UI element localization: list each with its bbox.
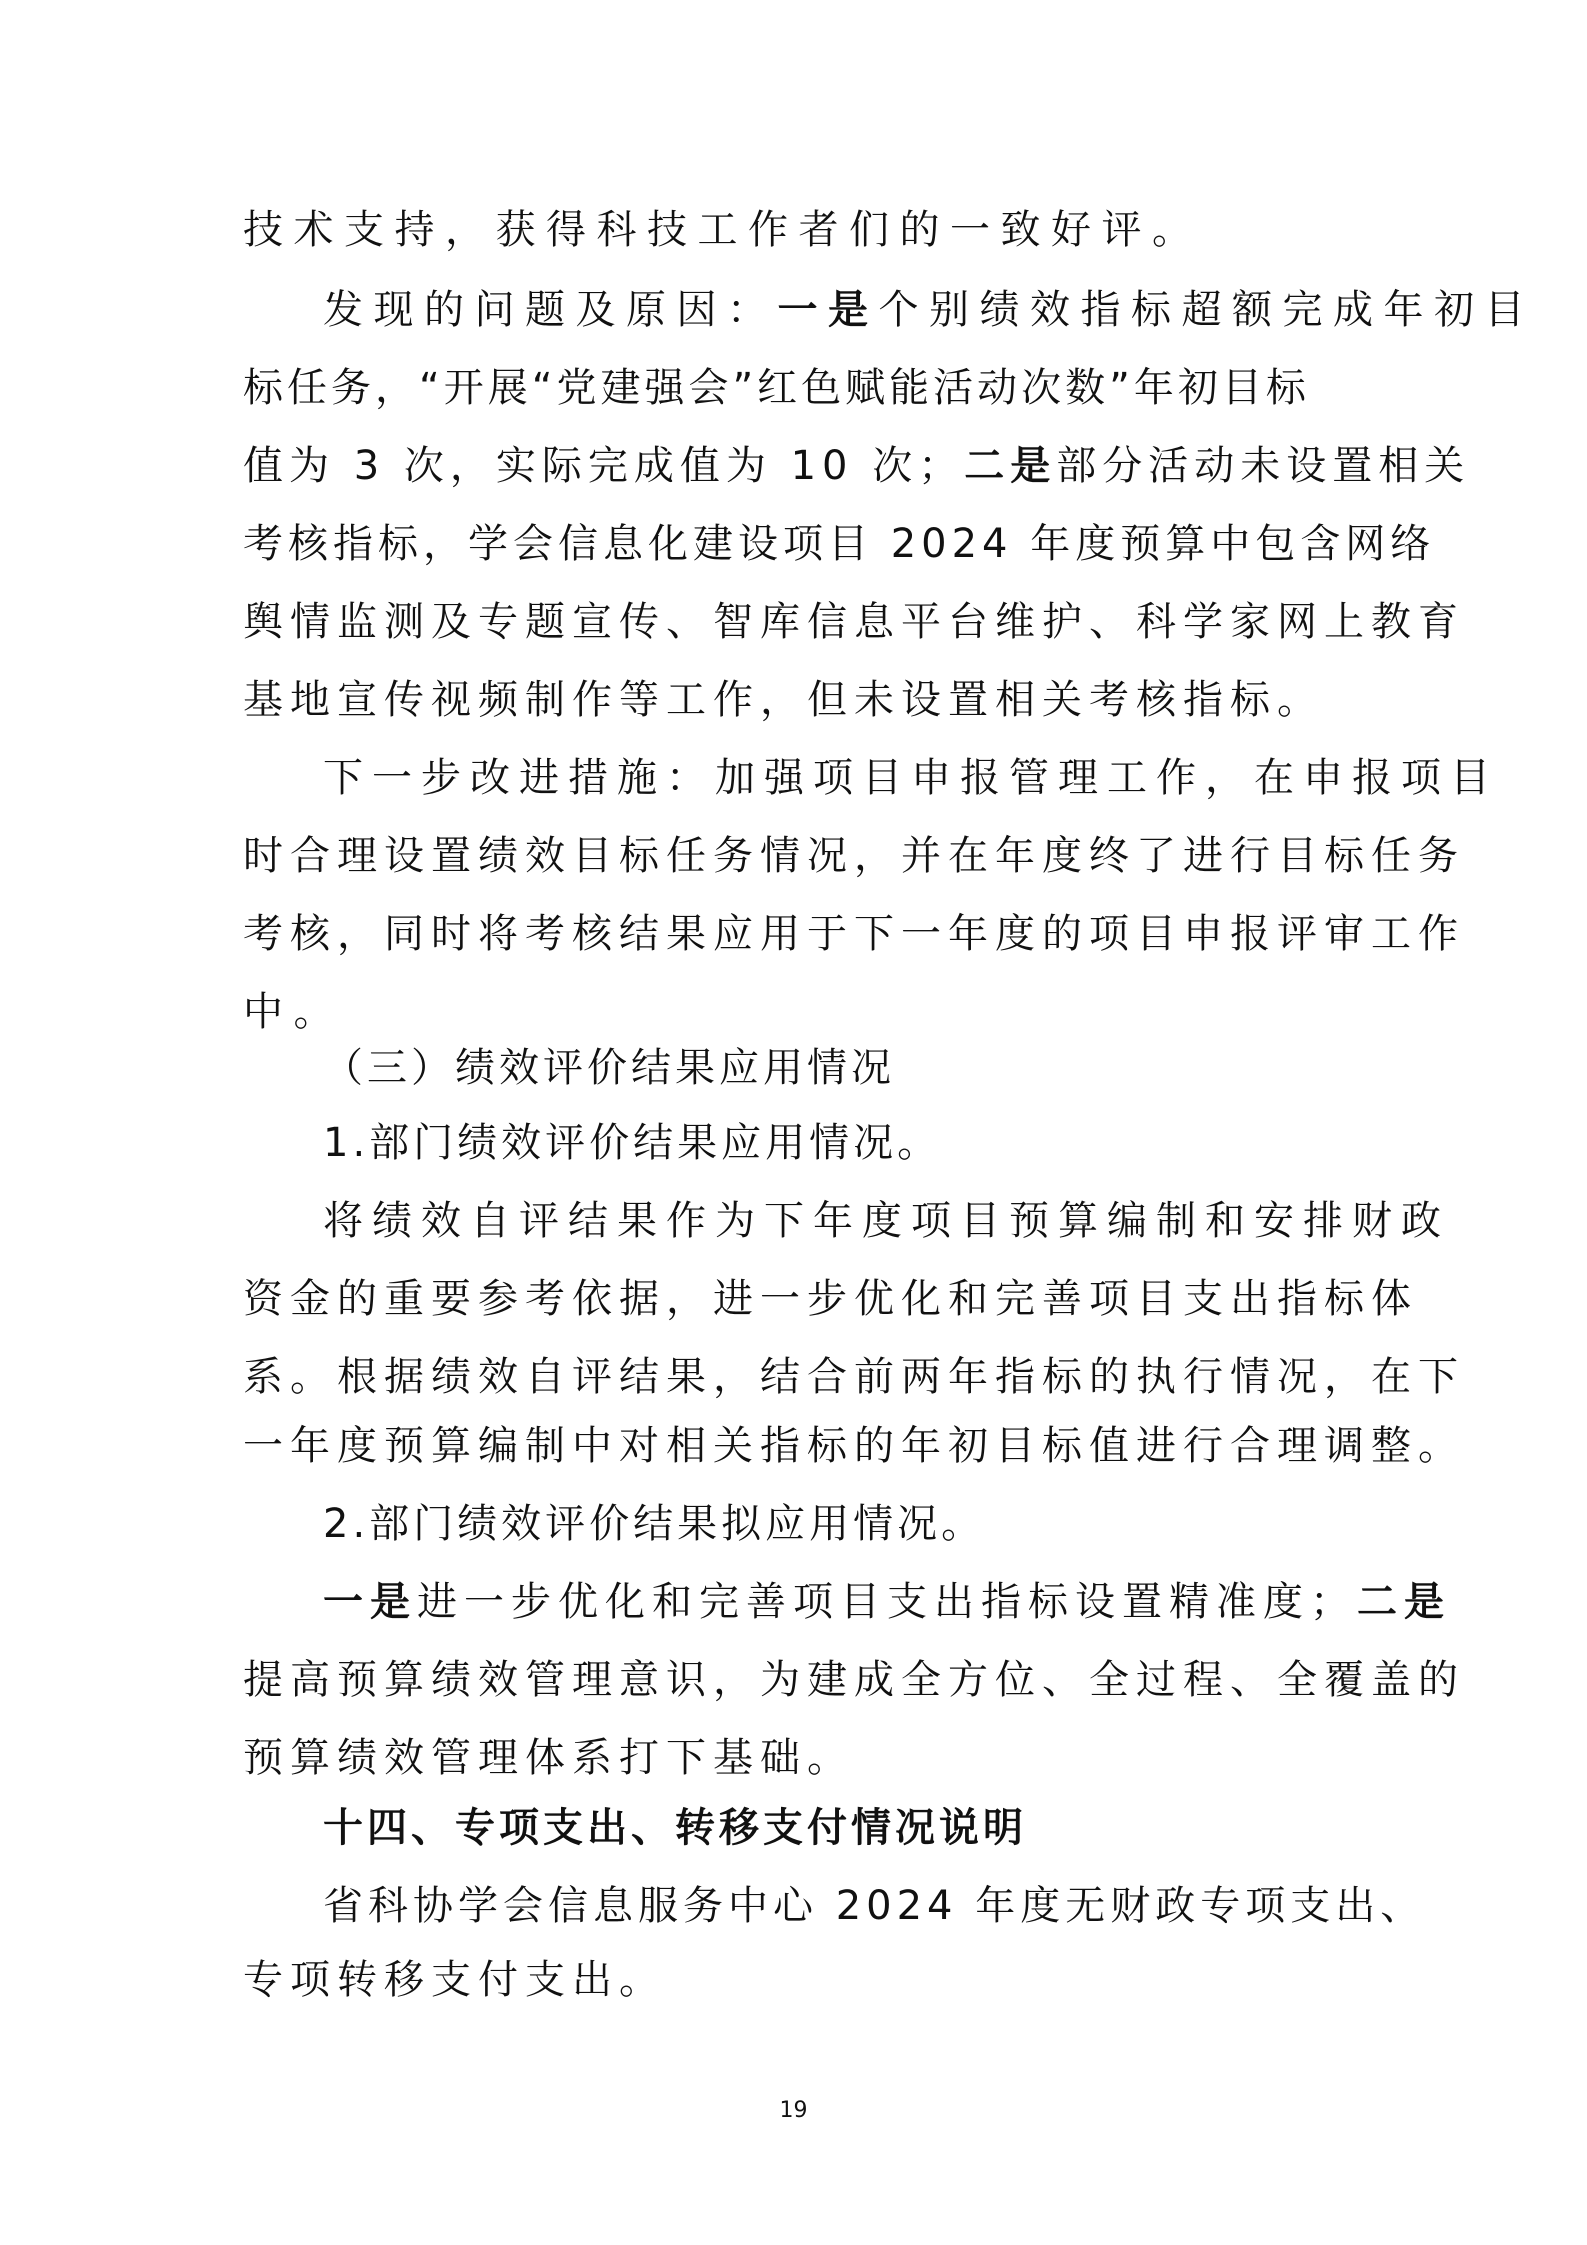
heading-text: （三）绩效评价结果应用情况 bbox=[323, 1045, 895, 1091]
paragraph-line: 预算绩效管理体系打下基础。 bbox=[243, 1730, 1353, 1786]
text-segment: 部分活动未设置相关 bbox=[1056, 443, 1470, 489]
subsection-heading: 1.部门绩效评价结果应用情况。 bbox=[323, 1115, 1433, 1171]
text-segment: 预算绩效管理体系打下基础。 bbox=[243, 1735, 854, 1781]
paragraph-line: 提高预算绩效管理意识，为建成全方位、全过程、全覆盖的 bbox=[243, 1652, 1353, 1708]
paragraph-line: 一是进一步优化和完善项目支出指标设置精准度；二是 bbox=[323, 1574, 1433, 1630]
text-segment: 发现的问题及原因： bbox=[323, 287, 778, 333]
bold-marker: 二是 bbox=[964, 443, 1056, 489]
bold-marker: 一是 bbox=[323, 1579, 417, 1625]
text-segment: 值为 3 次，实际完成值为 10 次； bbox=[243, 443, 964, 489]
text-segment: 提高预算绩效管理意识，为建成全方位、全过程、全覆盖的 bbox=[243, 1657, 1465, 1703]
paragraph-line: 基地宣传视频制作等工作，但未设置相关考核指标。 bbox=[243, 672, 1353, 728]
problems-paragraph-line: 发现的问题及原因：一是个别绩效指标超额完成年初目 bbox=[323, 282, 1433, 338]
bold-marker: 一是 bbox=[778, 287, 879, 333]
subsection-heading: 2.部门绩效评价结果拟应用情况。 bbox=[323, 1496, 1433, 1552]
paragraph-line: 考核，同时将考核结果应用于下一年度的项目申报评审工作 bbox=[243, 906, 1353, 962]
paragraph-line: 值为 3 次，实际完成值为 10 次；二是部分活动未设置相关 bbox=[243, 438, 1353, 494]
page-number: 19 bbox=[0, 2098, 1587, 2123]
section-heading: （三）绩效评价结果应用情况 bbox=[323, 1040, 1433, 1096]
text-segment: 中。 bbox=[243, 989, 344, 1035]
document-page: 技术支持，获得科技工作者们的一致好评。 发现的问题及原因：一是个别绩效指标超额完… bbox=[0, 0, 1587, 2245]
text-segment: 一年度预算编制中对相关指标的年初目标值进行合理调整。 bbox=[243, 1423, 1465, 1469]
paragraph-line: 标任务，“开展“党建强会”红色赋能活动次数”年初目标 bbox=[243, 360, 1353, 416]
paragraph-line: 一年度预算编制中对相关指标的年初目标值进行合理调整。 bbox=[243, 1418, 1353, 1474]
text-segment: 个别绩效指标超额完成年初目 bbox=[879, 287, 1536, 333]
paragraph-line: 专项转移支付支出。 bbox=[243, 1952, 1353, 2008]
heading-text: 十四、专项支出、转移支付情况说明 bbox=[323, 1805, 1027, 1851]
paragraph-line: 系。根据绩效自评结果，结合前两年指标的执行情况，在下 bbox=[243, 1349, 1353, 1405]
chapter-heading: 十四、专项支出、转移支付情况说明 bbox=[323, 1800, 1433, 1856]
text-segment: 时合理设置绩效目标任务情况，并在年度终了进行目标任务 bbox=[243, 833, 1465, 879]
text-segment: 进一步优化和完善项目支出指标设置精准度； bbox=[417, 1579, 1357, 1625]
text-segment: 技术支持，获得科技工作者们的一致好评。 bbox=[243, 207, 1203, 253]
text-segment: 考核，同时将考核结果应用于下一年度的项目申报评审工作 bbox=[243, 911, 1465, 957]
improvement-paragraph-line: 下一步改进措施：加强项目申报管理工作，在申报项目 bbox=[323, 750, 1433, 806]
paragraph-line: 考核指标，学会信息化建设项目 2024 年度预算中包含网络 bbox=[243, 516, 1353, 572]
text-segment: 省科协学会信息服务中心 2024 年度无财政专项支出、 bbox=[323, 1883, 1425, 1929]
heading-text: 2.部门绩效评价结果拟应用情况。 bbox=[323, 1501, 985, 1547]
text-segment: 基地宣传视频制作等工作，但未设置相关考核指标。 bbox=[243, 677, 1324, 723]
paragraph-line: 技术支持，获得科技工作者们的一致好评。 bbox=[243, 202, 1353, 258]
text-segment: 下一步改进措施：加强项目申报管理工作，在申报项目 bbox=[323, 755, 1499, 801]
paragraph-line: 省科协学会信息服务中心 2024 年度无财政专项支出、 bbox=[323, 1878, 1433, 1934]
paragraph-line: 资金的重要参考依据，进一步优化和完善项目支出指标体 bbox=[243, 1271, 1353, 1327]
text-segment: 考核指标，学会信息化建设项目 2024 年度预算中包含网络 bbox=[243, 521, 1435, 567]
bold-marker: 二是 bbox=[1357, 1579, 1451, 1625]
text-segment: 系。根据绩效自评结果，结合前两年指标的执行情况，在下 bbox=[243, 1354, 1465, 1400]
paragraph-line: 中。 bbox=[243, 984, 1353, 1040]
paragraph-line: 时合理设置绩效目标任务情况，并在年度终了进行目标任务 bbox=[243, 828, 1353, 884]
paragraph-line: 舆情监测及专题宣传、智库信息平台维护、科学家网上教育 bbox=[243, 594, 1353, 650]
text-segment: 舆情监测及专题宣传、智库信息平台维护、科学家网上教育 bbox=[243, 599, 1465, 645]
heading-text: 1.部门绩效评价结果应用情况。 bbox=[323, 1120, 941, 1166]
text-segment: 资金的重要参考依据，进一步优化和完善项目支出指标体 bbox=[243, 1276, 1418, 1322]
text-segment: 将绩效自评结果作为下年度项目预算编制和安排财政 bbox=[323, 1198, 1450, 1244]
text-segment: 标任务，“开展“党建强会”红色赋能活动次数”年初目标 bbox=[243, 365, 1310, 411]
text-segment: 专项转移支付支出。 bbox=[243, 1957, 666, 2003]
paragraph-line: 将绩效自评结果作为下年度项目预算编制和安排财政 bbox=[323, 1193, 1433, 1249]
